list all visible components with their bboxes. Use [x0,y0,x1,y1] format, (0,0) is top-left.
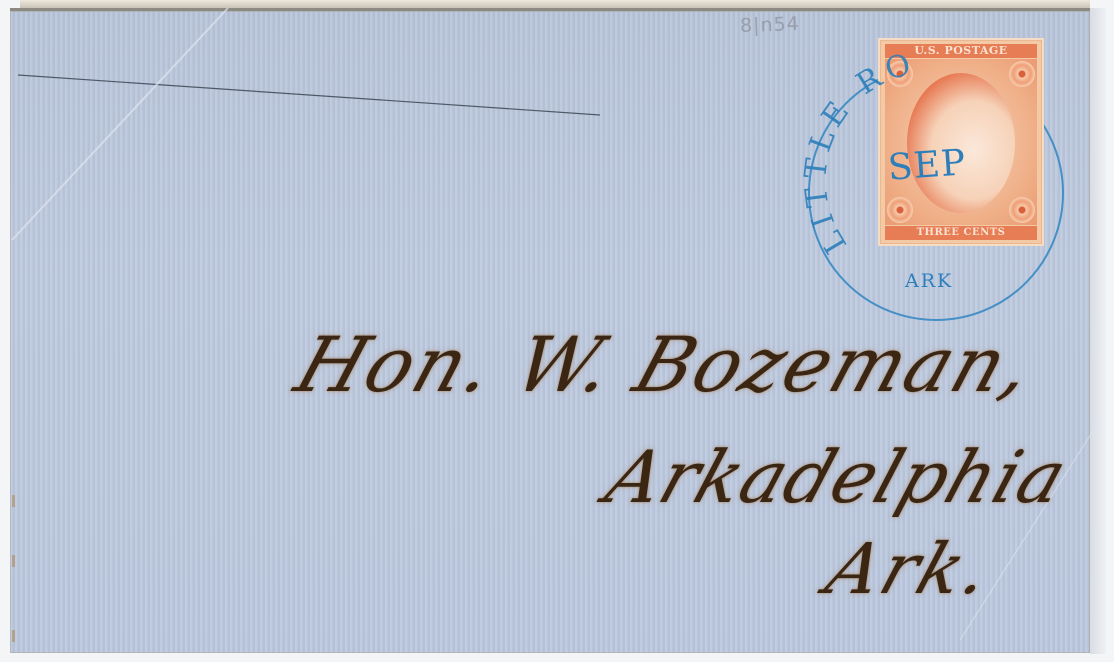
address-line-state: Ark. [817,528,1004,610]
postmark-date: SEP [887,142,968,188]
address-line-name: Hon. W. Bozeman, [286,320,1046,409]
address-line-city: Arkadelphia [596,435,1077,519]
postmark-state: ARK [905,270,953,292]
